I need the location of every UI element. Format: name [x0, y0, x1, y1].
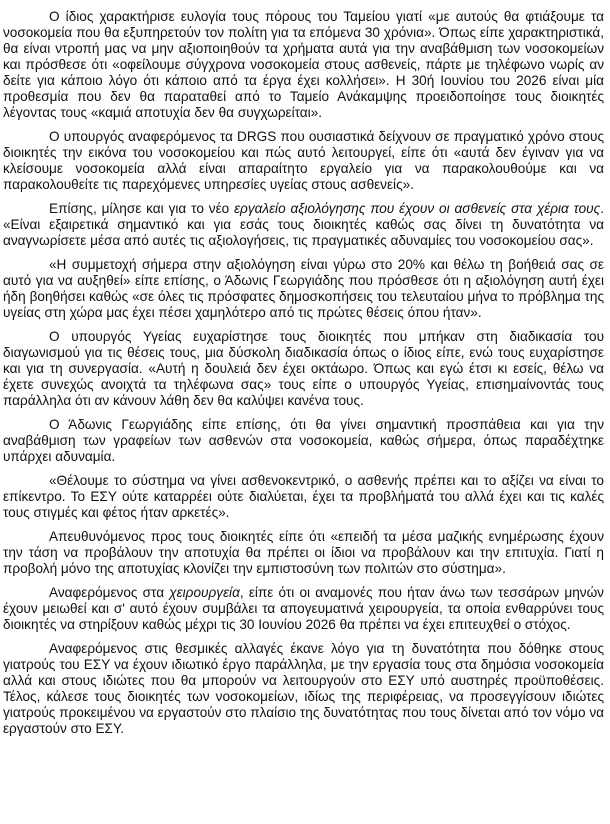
- paragraph-text: Ο υπουργός Υγείας ευχαρίστησε τους διοικ…: [3, 329, 604, 408]
- paragraph-thanks-directors: Ο υπουργός Υγείας ευχαρίστησε τους διοικ…: [3, 329, 604, 409]
- italic-emphasis: χειρουργεία: [169, 585, 240, 600]
- paragraph-text: Επίσης, μίλησε και για το νέο: [49, 201, 234, 216]
- paragraph-evaluation-tool: Επίσης, μίλησε και για το νέο εργαλείο α…: [3, 201, 604, 249]
- paragraph-text: Ο υπουργός αναφερόμενος τα DRGS που ουσι…: [3, 129, 604, 192]
- paragraph-drgs: Ο υπουργός αναφερόμενος τα DRGS που ουσι…: [3, 129, 604, 193]
- paragraph-text: Ο Άδωνις Γεωργιάδης είπε επίσης, ότι θα …: [3, 417, 604, 464]
- paragraph-text: Ο ίδιος χαρακτήρισε ευλογία τους πόρους …: [3, 9, 604, 120]
- paragraph-text: «Θέλουμε το σύστημα να γίνει ασθενοκεντρ…: [3, 473, 604, 520]
- paragraph-text: Απευθυνόμενος προς τους διοικητές είπε ό…: [3, 529, 604, 576]
- paragraph-text: Αναφερόμενος στις θεσμικές αλλαγές έκανε…: [3, 641, 604, 736]
- paragraph-text: «Η συμμετοχή σήμερα στην αξιολόγηση είνα…: [3, 257, 604, 320]
- paragraph-text: Αναφερόμενος στα: [49, 585, 169, 600]
- paragraph-patient-offices: Ο Άδωνις Γεωργιάδης είπε επίσης, ότι θα …: [3, 417, 604, 465]
- paragraph-media: Απευθυνόμενος προς τους διοικητές είπε ό…: [3, 529, 604, 577]
- paragraph-surgeries: Αναφερόμενος στα χειρουργεία, είπε ότι ο…: [3, 585, 604, 633]
- paragraph-patient-centric: «Θέλουμε το σύστημα να γίνει ασθενοκεντρ…: [3, 473, 604, 521]
- document-body: Ο ίδιος χαρακτήρισε ευλογία τους πόρους …: [0, 0, 610, 737]
- paragraph-fund-resources: Ο ίδιος χαρακτήρισε ευλογία τους πόρους …: [3, 9, 604, 121]
- paragraph-participation: «Η συμμετοχή σήμερα στην αξιολόγηση είνα…: [3, 257, 604, 321]
- paragraph-institutional-changes: Αναφερόμενος στις θεσμικές αλλαγές έκανε…: [3, 641, 604, 737]
- italic-emphasis: εργαλείο αξιολόγησης που έχουν οι ασθενε…: [234, 201, 600, 216]
